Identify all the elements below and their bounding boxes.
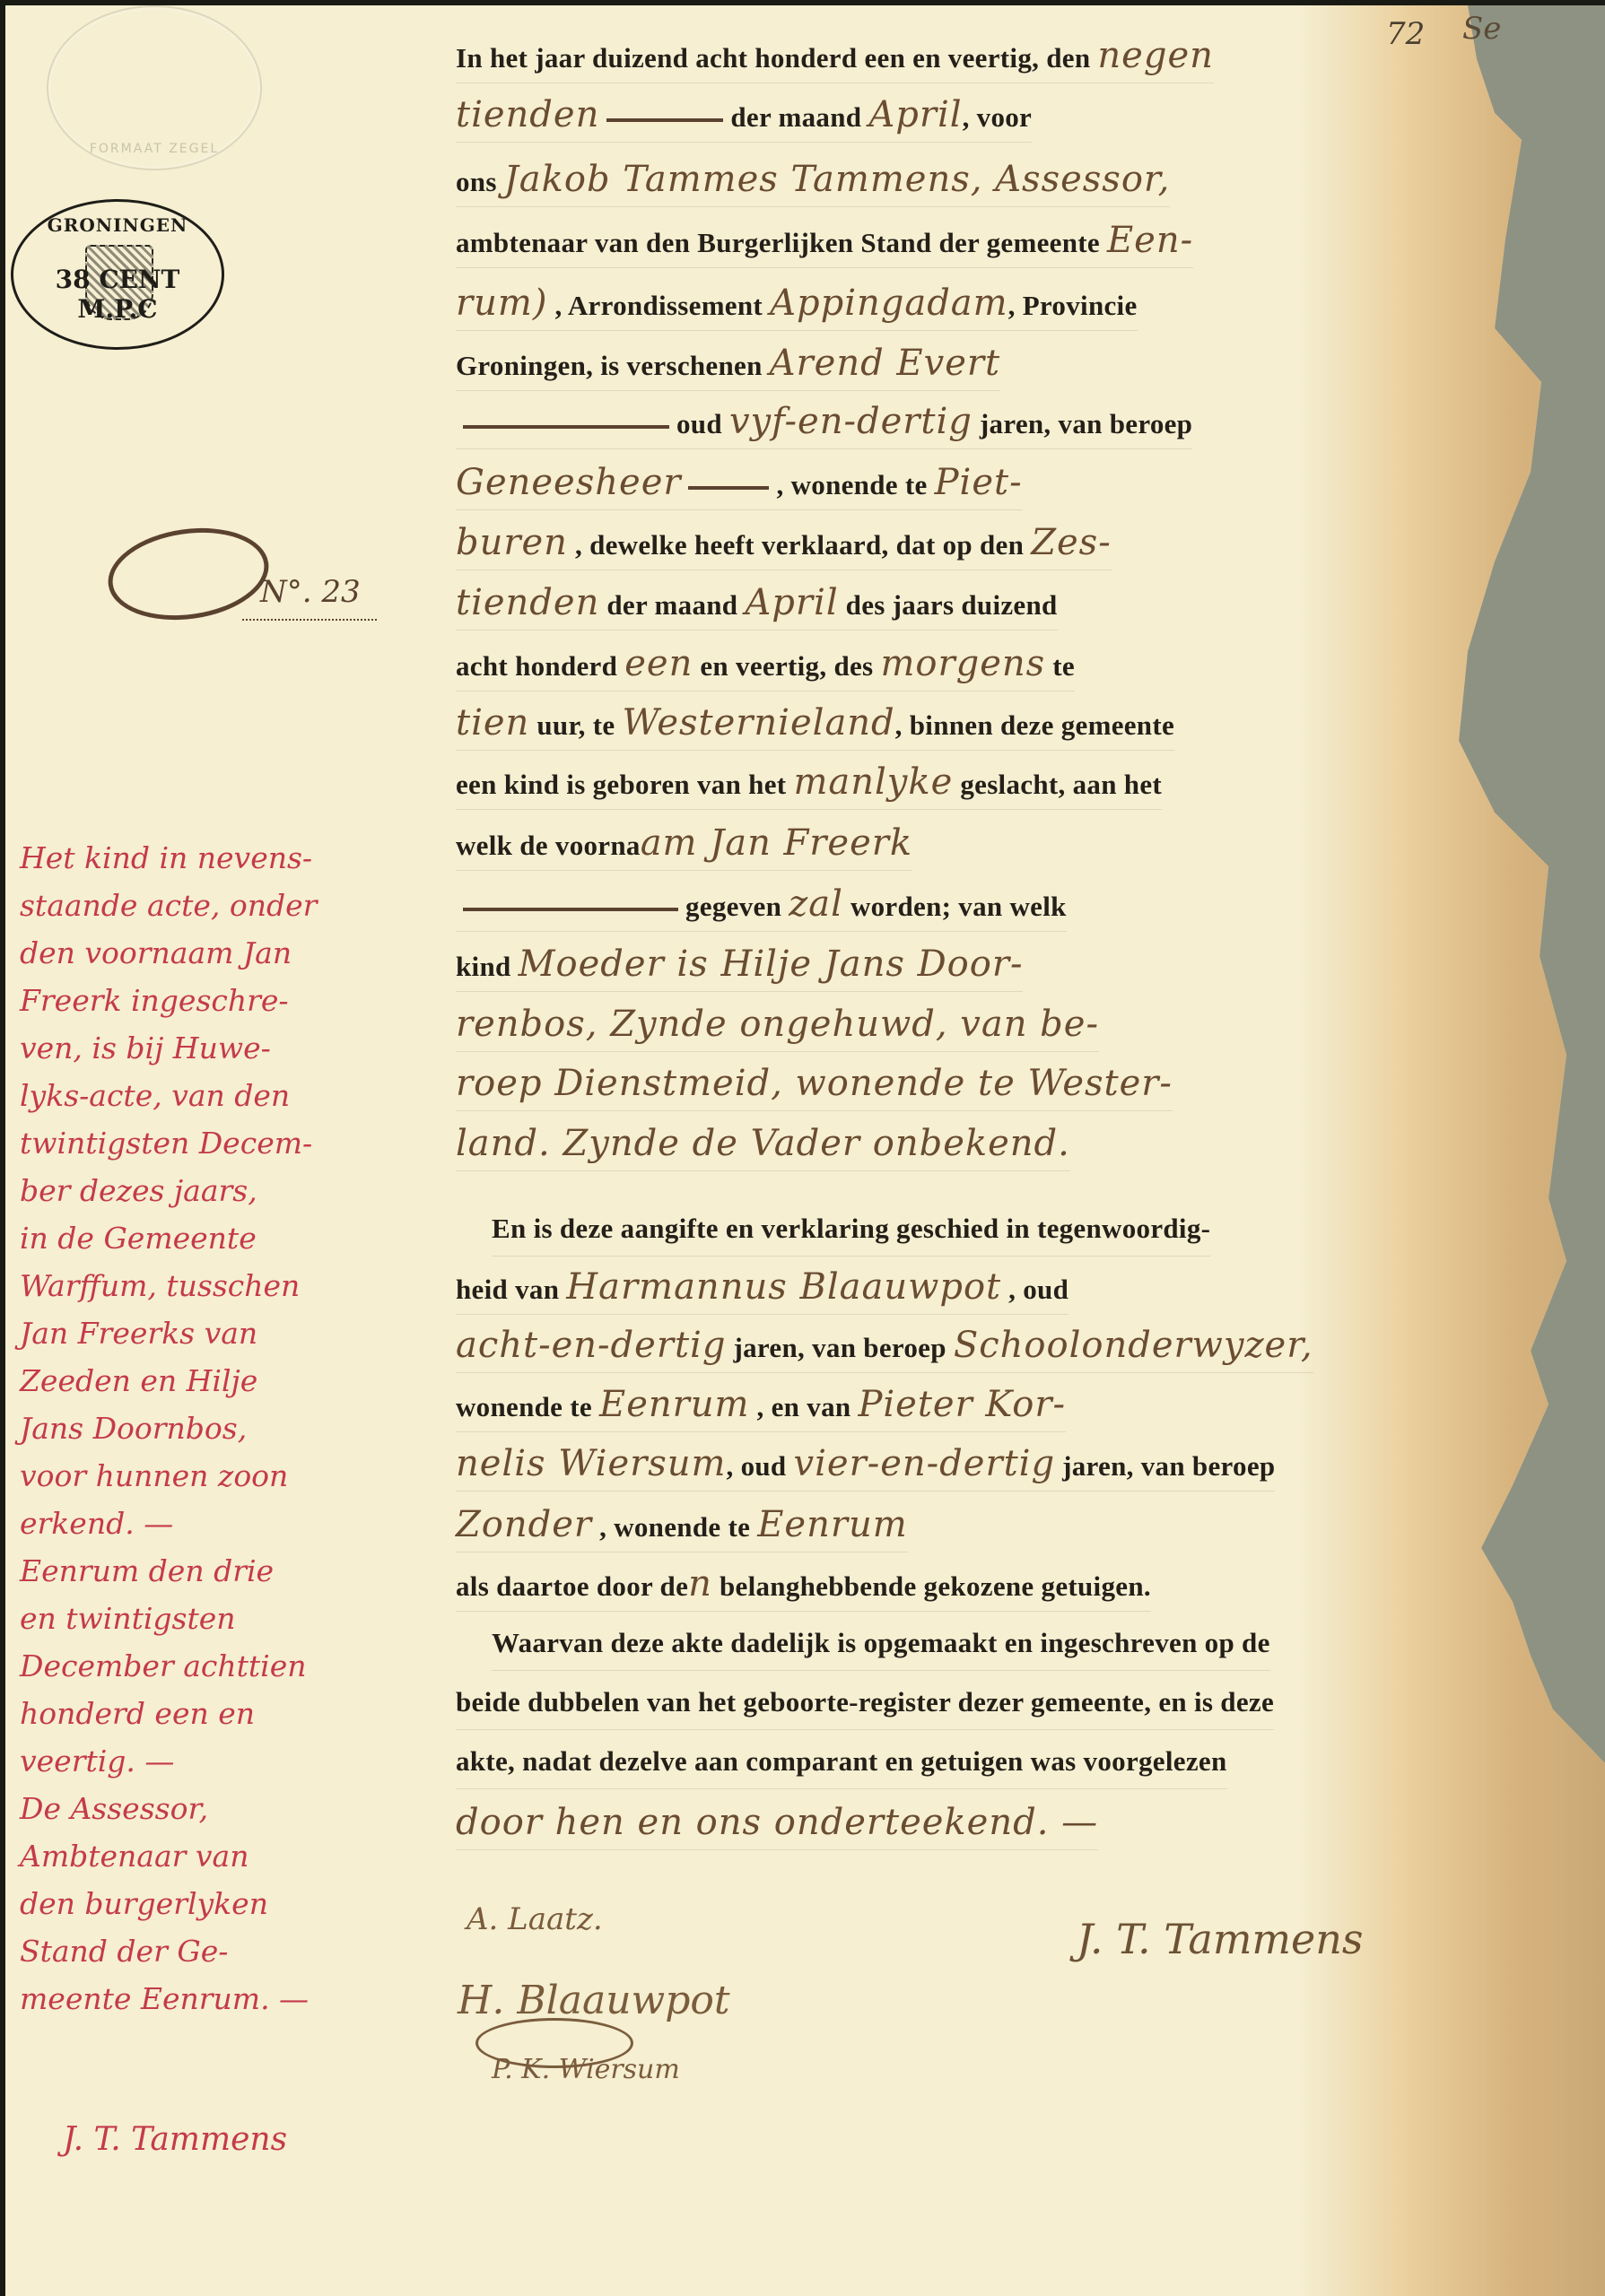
margin-annotation-line: lyks-acte, van den bbox=[20, 1072, 441, 1119]
printed-text: der maand bbox=[730, 101, 868, 133]
printed-text: jaren, van beroep bbox=[973, 408, 1192, 439]
margin-annotation-line: Freerk ingeschre- bbox=[20, 977, 441, 1024]
handwritten-entry: manlyke bbox=[793, 761, 953, 803]
handwritten-entry: zal bbox=[789, 883, 843, 925]
printed-text: als daartoe door de bbox=[456, 1570, 688, 1602]
certificate-line: ambtenaar van den Burgerlijken Stand der… bbox=[456, 213, 1193, 268]
handwritten-entry: am Jan Freerk bbox=[641, 822, 912, 864]
handwritten-entry: acht-en-dertig bbox=[456, 1325, 726, 1366]
printed-text: acht honderd bbox=[456, 650, 624, 682]
printed-text: der maand bbox=[599, 589, 745, 621]
margin-annotation-line: meente Eenrum. — bbox=[20, 1975, 441, 2022]
handwritten-entry: tienden bbox=[456, 94, 599, 135]
certificate-line: rum) , Arrondissement Appingadam, Provin… bbox=[456, 276, 1138, 331]
printed-text: , wonende te bbox=[776, 469, 934, 500]
printed-text: wonende te bbox=[456, 1391, 599, 1422]
handwritten-entry: April bbox=[745, 582, 838, 623]
certificate-line: tiendender maand April, voor bbox=[456, 88, 1032, 143]
handwritten-entry: Arend Evert bbox=[770, 343, 1000, 384]
signature-officer: J. T. Tammens bbox=[1077, 1915, 1364, 1963]
handwritten-entry: n bbox=[688, 1563, 712, 1605]
embossed-seal: FORMAAT ZEGEL bbox=[47, 5, 262, 170]
record-number-underline bbox=[242, 619, 377, 621]
certificate-line: gegeven zal worden; van welk bbox=[456, 877, 1067, 932]
handwritten-entry: vier-en-dertig bbox=[794, 1443, 1056, 1484]
printed-text: geslacht, aan het bbox=[953, 769, 1162, 800]
certificate-line: als daartoe door den belanghebbende geko… bbox=[456, 1557, 1151, 1612]
certificate-line: Zonder , wonende te Eenrum bbox=[456, 1498, 908, 1552]
printed-text: jaren, van beroep bbox=[726, 1332, 953, 1363]
folio-number: 72 bbox=[1386, 16, 1425, 52]
certificate-line: Geneesheer, wonende te Piet- bbox=[456, 456, 1023, 510]
fill-dash bbox=[463, 425, 669, 429]
margin-annotation-line: veertig. — bbox=[20, 1737, 441, 1785]
printed-text: , voor bbox=[963, 101, 1033, 133]
margin-annotation-line: in de Gemeente bbox=[20, 1214, 441, 1262]
printed-text: ambtenaar van den Burgerlijken Stand der… bbox=[456, 227, 1107, 258]
printed-text: , binnen deze gemeente bbox=[895, 709, 1174, 741]
margin-annotation-line: Warffum, tusschen bbox=[20, 1262, 441, 1309]
margin-annotation-line: Eenrum den drie bbox=[20, 1547, 441, 1595]
signature-witness-2: P. K. Wiersum bbox=[492, 2054, 680, 2085]
margin-annotation-line: December achttien bbox=[20, 1642, 441, 1690]
certificate-line: acht honderd een en veertig, des morgens… bbox=[456, 637, 1075, 691]
printed-text: , oud bbox=[726, 1450, 793, 1482]
handwritten-entry: Harmannus Blaauwpot bbox=[566, 1266, 1001, 1308]
printed-text: , dewelke heeft verklaard, dat op den bbox=[568, 529, 1031, 561]
record-number-text: N°. 23 bbox=[260, 574, 361, 610]
handwritten-entry: Westernieland bbox=[623, 702, 895, 744]
printed-text: des jaars duizend bbox=[839, 589, 1058, 621]
handwritten-entry: negen bbox=[1097, 35, 1213, 76]
printed-text: kind bbox=[456, 951, 519, 982]
handwritten-entry: door hen en ons onderteekend. — bbox=[456, 1802, 1098, 1843]
margin-annotation-line: den voornaam Jan bbox=[20, 929, 441, 977]
printed-text: uur, te bbox=[529, 709, 622, 741]
margin-annotation-line: en twintigsten bbox=[20, 1595, 441, 1642]
printed-text: beide dubbelen van het geboorte-register… bbox=[456, 1686, 1274, 1718]
certificate-line: land. Zynde de Vader onbekend. bbox=[456, 1117, 1070, 1171]
handwritten-entry: Zonder bbox=[456, 1504, 592, 1545]
handwritten-entry: tienden bbox=[456, 582, 599, 623]
margin-annotation-line: Jan Freerks van bbox=[20, 1309, 441, 1357]
printed-text: worden; van welk bbox=[843, 891, 1067, 922]
printed-text: en veertig, des bbox=[693, 650, 880, 682]
handwritten-entry: Eenrum bbox=[599, 1384, 749, 1425]
handwritten-entry: Een- bbox=[1107, 220, 1193, 261]
margin-annotation-line: ber dezes jaars, bbox=[20, 1167, 441, 1214]
printed-text: belanghebbende gekozene getuigen. bbox=[712, 1570, 1151, 1602]
certificate-line: nelis Wiersum, oud vier-en-dertig jaren,… bbox=[456, 1437, 1275, 1492]
handwritten-entry: Zes- bbox=[1031, 522, 1112, 563]
handwritten-entry: morgens bbox=[880, 643, 1045, 684]
certificate-line: akte, nadat dezelve aan comparant en get… bbox=[456, 1735, 1227, 1789]
printed-text: Groningen, is verschenen bbox=[456, 350, 770, 381]
handwritten-entry: April bbox=[868, 94, 962, 135]
printed-text: , oud bbox=[1001, 1274, 1069, 1305]
printed-text: Waarvan deze akte dadelijk is opgemaakt … bbox=[492, 1627, 1270, 1658]
scan-border-left bbox=[0, 0, 5, 2296]
handwritten-entry: tien bbox=[456, 702, 529, 744]
certificate-line: welk de voornaam Jan Freerk bbox=[456, 816, 912, 871]
handwritten-entry: Pieter Kor- bbox=[858, 1384, 1066, 1425]
fill-dash bbox=[463, 908, 678, 911]
printed-text: , Arrondissement bbox=[547, 290, 770, 321]
printed-text: oud bbox=[676, 408, 729, 439]
certificate-line: renbos, Zynde ongehuwd, van be- bbox=[456, 997, 1099, 1052]
certificate-line: acht-en-dertig jaren, van beroep Schoolo… bbox=[456, 1318, 1313, 1373]
margin-annotation-line: Ambtenaar van bbox=[20, 1832, 441, 1880]
margin-annotation-line: Jans Doornbos, bbox=[20, 1405, 441, 1452]
handwritten-entry: Jakob Tammes Tammens, Assessor, bbox=[504, 159, 1171, 200]
handwritten-entry: Eenrum bbox=[757, 1504, 907, 1545]
printed-text: En is deze aangifte en verklaring geschi… bbox=[492, 1213, 1210, 1244]
certificate-line: een kind is geboren van het manlyke gesl… bbox=[456, 755, 1162, 810]
certificate-line: ons Jakob Tammes Tammens, Assessor, bbox=[456, 152, 1170, 207]
handwritten-entry: rum) bbox=[456, 283, 547, 324]
handwritten-entry: buren bbox=[456, 522, 568, 563]
certificate-line: oud vyf-en-dertig jaren, van beroep bbox=[456, 395, 1192, 449]
certificate-line: In het jaar duizend acht honderd een en … bbox=[456, 29, 1214, 83]
handwritten-entry: vyf-en-dertig bbox=[729, 401, 973, 442]
handwritten-entry: Moeder is Hilje Jans Door- bbox=[519, 944, 1024, 985]
margin-annotation-line: twintigsten Decem- bbox=[20, 1119, 441, 1167]
certificate-line: Groningen, is verschenen Arend Evert bbox=[456, 336, 1000, 391]
certificate-line: beide dubbelen van het geboorte-register… bbox=[456, 1675, 1274, 1730]
margin-annotation-line: ven, is bij Huwe- bbox=[20, 1024, 441, 1072]
folio-suffix: Se bbox=[1462, 11, 1501, 47]
margin-annotation-line: Zeeden en Hilje bbox=[20, 1357, 441, 1405]
embossed-seal-text: FORMAAT ZEGEL bbox=[90, 142, 219, 156]
handwritten-entry: roep Dienstmeid, wonende te Wester- bbox=[456, 1063, 1173, 1104]
tax-stamp: GRONINGEN 38 CENT M.P.C bbox=[11, 199, 224, 350]
handwritten-entry: Appingadam bbox=[770, 283, 1008, 324]
margin-annotation-line: erkend. — bbox=[20, 1500, 441, 1547]
certificate-line: roep Dienstmeid, wonende te Wester- bbox=[456, 1057, 1173, 1111]
printed-text: welk de voorna bbox=[456, 830, 641, 861]
certificate-line: door hen en ons onderteekend. — bbox=[456, 1796, 1098, 1850]
printed-text: te bbox=[1045, 650, 1075, 682]
printed-text: , Provincie bbox=[1008, 290, 1138, 321]
printed-text: heid van bbox=[456, 1274, 566, 1305]
fill-dash bbox=[606, 118, 723, 122]
margin-annotation-line: staande acte, onder bbox=[20, 882, 441, 929]
certificate-line: heid van Harmannus Blaauwpot , oud bbox=[456, 1260, 1069, 1315]
certificate-line: buren , dewelke heeft verklaard, dat op … bbox=[456, 516, 1112, 570]
printed-text: In het jaar duizend acht honderd een en … bbox=[456, 42, 1097, 74]
margin-annotation-line: voor hunnen zoon bbox=[20, 1452, 441, 1500]
margin-annotation-line: Het kind in nevens- bbox=[20, 834, 441, 882]
fill-dash bbox=[688, 486, 769, 490]
handwritten-entry: Geneesheer bbox=[456, 462, 681, 503]
printed-text: ons bbox=[456, 166, 504, 197]
certificate-line: Waarvan deze akte dadelijk is opgemaakt … bbox=[492, 1616, 1270, 1671]
margin-annotation-line: Stand der Ge- bbox=[20, 1927, 441, 1975]
handwritten-entry: renbos, Zynde ongehuwd, van be- bbox=[456, 1004, 1099, 1045]
certificate-line: En is deze aangifte en verklaring geschi… bbox=[492, 1202, 1210, 1257]
printed-text: gegeven bbox=[685, 891, 789, 922]
printed-text: , wonende te bbox=[592, 1511, 757, 1543]
handwritten-entry: nelis Wiersum bbox=[456, 1443, 726, 1484]
margin-annotation: Het kind in nevens-staande acte, onderde… bbox=[20, 834, 441, 2022]
margin-annotation-line: honderd een en bbox=[20, 1690, 441, 1737]
signature-witness-1: H. Blaauwpot bbox=[458, 1978, 730, 2023]
certificate-line: kind Moeder is Hilje Jans Door- bbox=[456, 937, 1023, 992]
certificate-line: tien uur, te Westernieland, binnen deze … bbox=[456, 696, 1174, 751]
handwritten-entry: een bbox=[624, 643, 693, 684]
signature-comparant: A. Laatz. bbox=[467, 1901, 603, 1937]
handwritten-entry: Schoolonderwyzer, bbox=[954, 1325, 1313, 1366]
margin-annotation-line: den burgerlyken bbox=[20, 1880, 441, 1927]
handwritten-entry: Piet- bbox=[935, 462, 1023, 503]
handwritten-entry: land. Zynde de Vader onbekend. bbox=[456, 1123, 1070, 1164]
margin-annotation-signature: J. T. Tammens bbox=[63, 2121, 287, 2158]
printed-text: akte, nadat dezelve aan comparant en get… bbox=[456, 1745, 1227, 1777]
scan-border-top bbox=[0, 0, 1605, 5]
certificate-line: wonende te Eenrum , en van Pieter Kor- bbox=[456, 1378, 1066, 1432]
tax-stamp-province: GRONINGEN bbox=[13, 214, 222, 236]
printed-text: jaren, van beroep bbox=[1055, 1450, 1275, 1482]
tax-stamp-value: 38 CENT M.P.C bbox=[19, 265, 216, 324]
margin-annotation-line: De Assessor, bbox=[20, 1785, 441, 1832]
certificate-line: tienden der maand April des jaars duizen… bbox=[456, 576, 1058, 631]
printed-text: een kind is geboren van het bbox=[456, 769, 793, 800]
printed-text: , en van bbox=[749, 1391, 858, 1422]
